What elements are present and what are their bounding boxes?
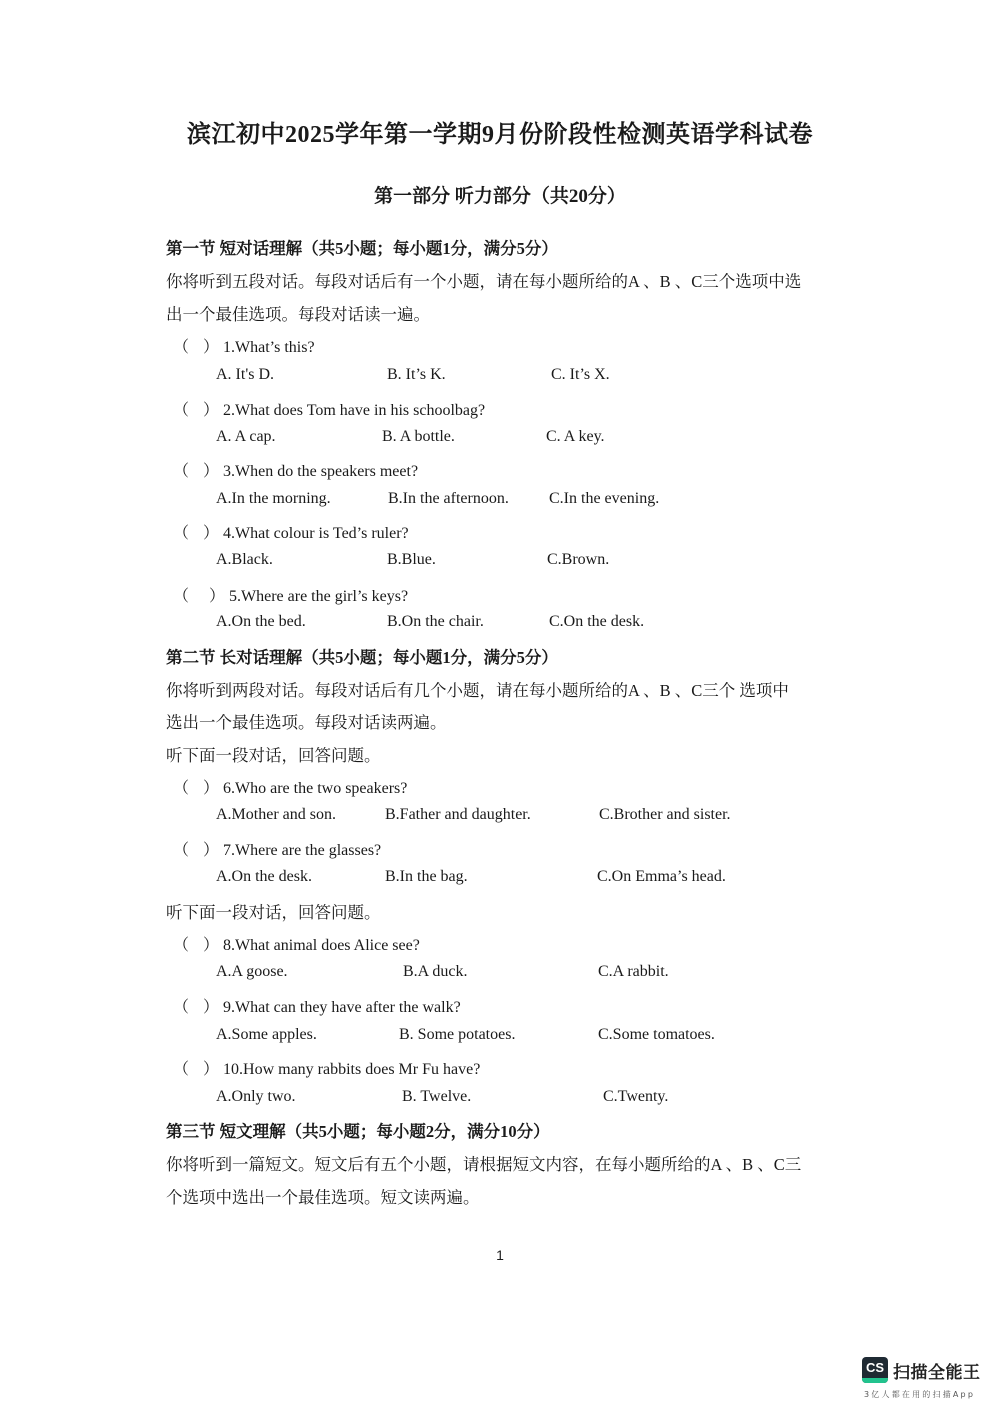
dialogue-prompt-1: 听下面一段对话，回答问题。 bbox=[166, 742, 381, 766]
section-2-instructions-line-1: 你将听到两段对话。每段对话后有几个小题，请在每小题所给的A 、B 、C三个 选项… bbox=[166, 677, 789, 701]
q8-option-b: B.A duck. bbox=[403, 963, 467, 981]
section-2-instructions-line-2: 选出一个最佳选项。每段对话读两遍。 bbox=[166, 709, 447, 733]
part-title: 第一部分 听力部分（共20分） bbox=[0, 181, 1000, 208]
question-6: （） 6.Who are the two speakers? bbox=[173, 775, 407, 798]
q10-option-c: C.Twenty. bbox=[603, 1088, 668, 1106]
question-text: 6.Who are the two speakers? bbox=[223, 780, 407, 797]
answer-blank-close: ） bbox=[203, 932, 219, 955]
answer-blank-close: ） bbox=[209, 583, 225, 606]
watermark-app-name: 扫描全能王 bbox=[893, 1358, 981, 1383]
question-text: 8.What animal does Alice see? bbox=[223, 937, 420, 954]
q3-option-a: A.In the morning. bbox=[216, 490, 331, 508]
page-number: 1 bbox=[0, 1247, 1000, 1263]
answer-blank-close: ） bbox=[203, 775, 219, 798]
question-text: 1.What’s this? bbox=[223, 339, 315, 356]
q1-option-a: A. It's D. bbox=[216, 366, 274, 384]
section-3-instructions-line-1: 你将听到一篇短文。短文后有五个小题，请根据短文内容，在每小题所给的A 、B 、C… bbox=[166, 1151, 801, 1175]
question-text: 2.What does Tom have in his schoolbag? bbox=[223, 402, 485, 419]
q10-option-a: A.Only two. bbox=[216, 1088, 296, 1106]
camscanner-logo-icon: CS bbox=[862, 1357, 888, 1383]
q6-option-a: A.Mother and son. bbox=[216, 806, 336, 824]
q7-option-c: C.On Emma’s head. bbox=[597, 868, 726, 886]
question-text: 7.Where are the glasses? bbox=[223, 842, 381, 859]
answer-blank-close: ） bbox=[203, 1056, 219, 1079]
q2-option-b: B. A bottle. bbox=[382, 428, 455, 446]
answer-blank-close: ） bbox=[203, 458, 219, 481]
q2-option-c: C. A key. bbox=[546, 428, 605, 446]
answer-blank-close: ） bbox=[203, 994, 219, 1017]
q5-option-a: A.On the bed. bbox=[216, 613, 306, 631]
answer-blank-open[interactable]: （ bbox=[173, 334, 203, 357]
question-text: 10.How many rabbits does Mr Fu have? bbox=[223, 1061, 480, 1078]
q4-option-a: A.Black. bbox=[216, 551, 273, 569]
dialogue-prompt-2: 听下面一段对话，回答问题。 bbox=[166, 899, 381, 923]
q8-option-a: A.A goose. bbox=[216, 963, 288, 981]
q7-option-b: B.In the bag. bbox=[385, 868, 468, 886]
exam-page: 滨江初中2025学年第一学期9月份阶段性检测英语学科试卷 第一部分 听力部分（共… bbox=[0, 0, 1000, 1415]
section-3-heading: 第三节 短文理解（共5小题；每小题2分，满分10分） bbox=[166, 1118, 550, 1142]
q7-option-a: A.On the desk. bbox=[216, 868, 312, 886]
question-text: 9.What can they have after the walk? bbox=[223, 999, 461, 1016]
section-1-heading: 第一节 短对话理解（共5小题；每小题1分，满分5分） bbox=[166, 235, 558, 259]
q4-option-c: C.Brown. bbox=[547, 551, 609, 569]
question-9: （） 9.What can they have after the walk? bbox=[173, 994, 461, 1017]
q9-option-c: C.Some tomatoes. bbox=[598, 1026, 715, 1044]
section-2-heading: 第二节 长对话理解（共5小题；每小题1分，满分5分） bbox=[166, 644, 558, 668]
question-3: （） 3.When do the speakers meet? bbox=[173, 458, 418, 481]
q3-option-b: B.In the afternoon. bbox=[388, 490, 509, 508]
question-1: （） 1.What’s this? bbox=[173, 334, 315, 357]
answer-blank-open[interactable]: （ bbox=[173, 397, 203, 420]
q5-option-b: B.On the chair. bbox=[387, 613, 484, 631]
answer-blank-open[interactable]: （ bbox=[173, 583, 209, 606]
answer-blank-open[interactable]: （ bbox=[173, 520, 203, 543]
answer-blank-open[interactable]: （ bbox=[173, 775, 203, 798]
question-4: （） 4.What colour is Ted’s ruler? bbox=[173, 520, 409, 543]
q6-option-b: B.Father and daughter. bbox=[385, 806, 531, 824]
answer-blank-open[interactable]: （ bbox=[173, 994, 203, 1017]
question-7: （） 7.Where are the glasses? bbox=[173, 837, 381, 860]
watermark-tagline: 3亿人都在用的扫描App bbox=[864, 1389, 975, 1400]
q1-option-b: B. It’s K. bbox=[387, 366, 446, 384]
answer-blank-close: ） bbox=[203, 334, 219, 357]
question-text: 4.What colour is Ted’s ruler? bbox=[223, 525, 409, 542]
section-3-instructions-line-2: 个选项中选出一个最佳选项。短文读两遍。 bbox=[166, 1184, 480, 1208]
question-5: （） 5.Where are the girl’s keys? bbox=[173, 583, 408, 606]
q2-option-a: A. A cap. bbox=[216, 428, 276, 446]
camscanner-watermark: CS 扫描全能王 3亿人都在用的扫描App bbox=[862, 1357, 982, 1401]
answer-blank-open[interactable]: （ bbox=[173, 458, 203, 481]
answer-blank-close: ） bbox=[203, 520, 219, 543]
question-2: （） 2.What does Tom have in his schoolbag… bbox=[173, 397, 485, 420]
answer-blank-close: ） bbox=[203, 837, 219, 860]
q6-option-c: C.Brother and sister. bbox=[599, 806, 731, 824]
q9-option-a: A.Some apples. bbox=[216, 1026, 317, 1044]
question-text: 3.When do the speakers meet? bbox=[223, 463, 418, 480]
answer-blank-open[interactable]: （ bbox=[173, 837, 203, 860]
answer-blank-open[interactable]: （ bbox=[173, 932, 203, 955]
q3-option-c: C.In the evening. bbox=[549, 490, 659, 508]
question-8: （） 8.What animal does Alice see? bbox=[173, 932, 420, 955]
question-text: 5.Where are the girl’s keys? bbox=[229, 588, 408, 605]
section-1-instructions-line-2: 出一个最佳选项。每段对话读一遍。 bbox=[166, 301, 430, 325]
q5-option-c: C.On the desk. bbox=[549, 613, 644, 631]
q9-option-b: B. Some potatoes. bbox=[399, 1026, 515, 1044]
q1-option-c: C. It’s X. bbox=[551, 366, 610, 384]
q8-option-c: C.A rabbit. bbox=[598, 963, 669, 981]
q10-option-b: B. Twelve. bbox=[402, 1088, 471, 1106]
document-title: 滨江初中2025学年第一学期9月份阶段性检测英语学科试卷 bbox=[0, 114, 1000, 149]
answer-blank-open[interactable]: （ bbox=[173, 1056, 203, 1079]
answer-blank-close: ） bbox=[203, 397, 219, 420]
q4-option-b: B.Blue. bbox=[387, 551, 436, 569]
question-10: （） 10.How many rabbits does Mr Fu have? bbox=[173, 1056, 480, 1079]
section-1-instructions-line-1: 你将听到五段对话。每段对话后有一个小题，请在每小题所给的A 、B 、C三个选项中… bbox=[166, 268, 801, 292]
